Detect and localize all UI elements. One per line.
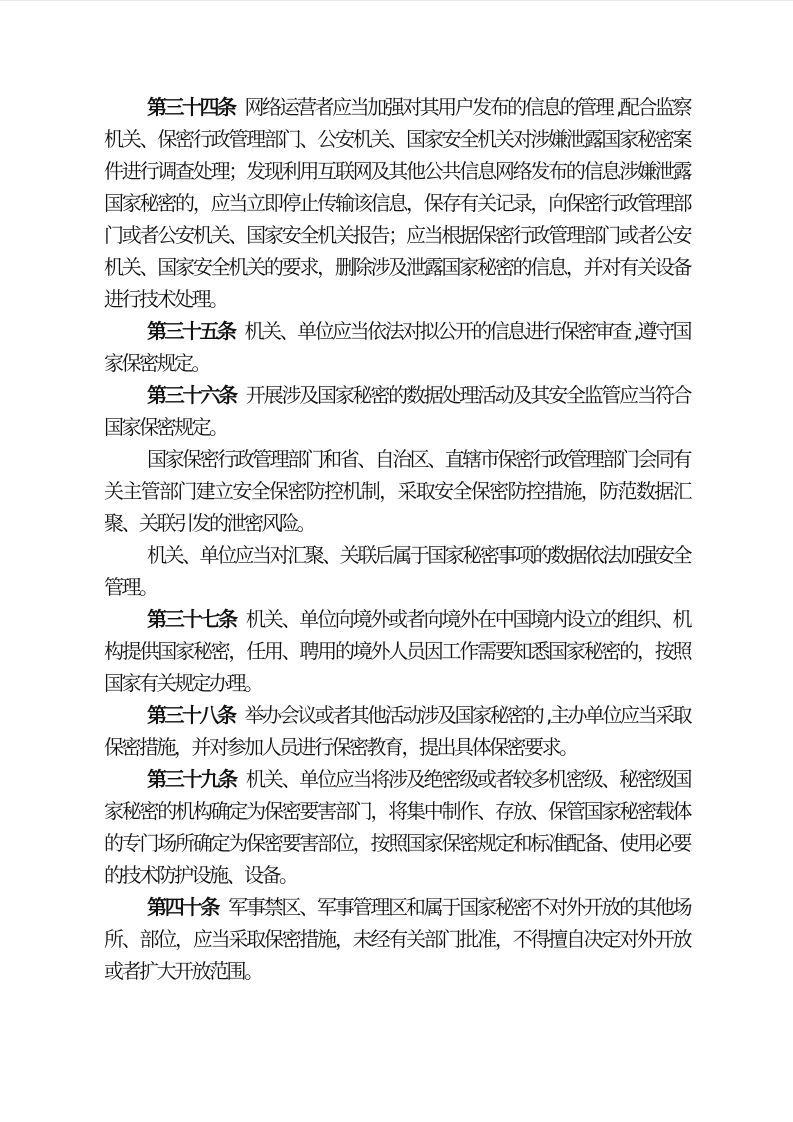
article-number: 第三十六条 (147, 383, 236, 407)
article-34-paragraph: 第三十四条网络运营者应当加强对其用户发布的信息的管理 ,配合监察机关、保密行政管… (104, 91, 690, 315)
article-number: 第三十八条 (147, 703, 235, 727)
article-40-paragraph: 第四十条军事禁区、军事管理区和属于国家秘密不对外开放的其他场所、部位，应当采取保… (104, 891, 690, 987)
article-39-paragraph: 第三十九条机关、单位应当将涉及绝密级或者较多机密级、秘密级国家秘密的机构确定为保… (104, 763, 690, 891)
article-36-paragraph: 第三十六条开展涉及国家秘密的数据处理活动及其安全监管应当符合国家保密规定。 (104, 379, 690, 443)
document-page: 第三十四条网络运营者应当加强对其用户发布的信息的管理 ,配合监察机关、保密行政管… (0, 0, 793, 1122)
article-text: 网络运营者应当加强对其用户发布的信息的管理 ,配合监察机关、保密行政管理部门、公… (104, 95, 690, 311)
article-number: 第四十条 (147, 895, 218, 919)
article-38-paragraph: 第三十八条举办会议或者其他活动涉及国家秘密的 ,主办单位应当采取保密措施，并对参… (104, 699, 690, 763)
article-36-clause-2-paragraph: 国家保密行政管理部门和省、自治区、直辖市保密行政管理部门会同有关主管部门建立安全… (104, 443, 690, 539)
article-number: 第三十五条 (147, 319, 235, 343)
article-number: 第三十四条 (147, 95, 235, 119)
article-36-clause-3-paragraph: 机关、单位应当对汇聚、关联后属于国家秘密事项的数据依法加强安全管理。 (104, 539, 690, 603)
article-text: 国家保密行政管理部门和省、自治区、直辖市保密行政管理部门会同有关主管部门建立安全… (104, 447, 690, 535)
article-37-paragraph: 第三十七条机关、单位向境外或者向境外在中国境内设立的组织、机构提供国家秘密，任用… (104, 603, 690, 699)
article-35-paragraph: 第三十五条机关、单位应当依法对拟公开的信息进行保密审查 ,遵守国家保密规定。 (104, 315, 690, 379)
document-body: 第三十四条网络运营者应当加强对其用户发布的信息的管理 ,配合监察机关、保密行政管… (104, 91, 690, 987)
article-number: 第三十九条 (147, 767, 236, 791)
article-number: 第三十七条 (147, 607, 236, 631)
article-text: 机关、单位应当对汇聚、关联后属于国家秘密事项的数据依法加强安全管理。 (104, 543, 690, 599)
